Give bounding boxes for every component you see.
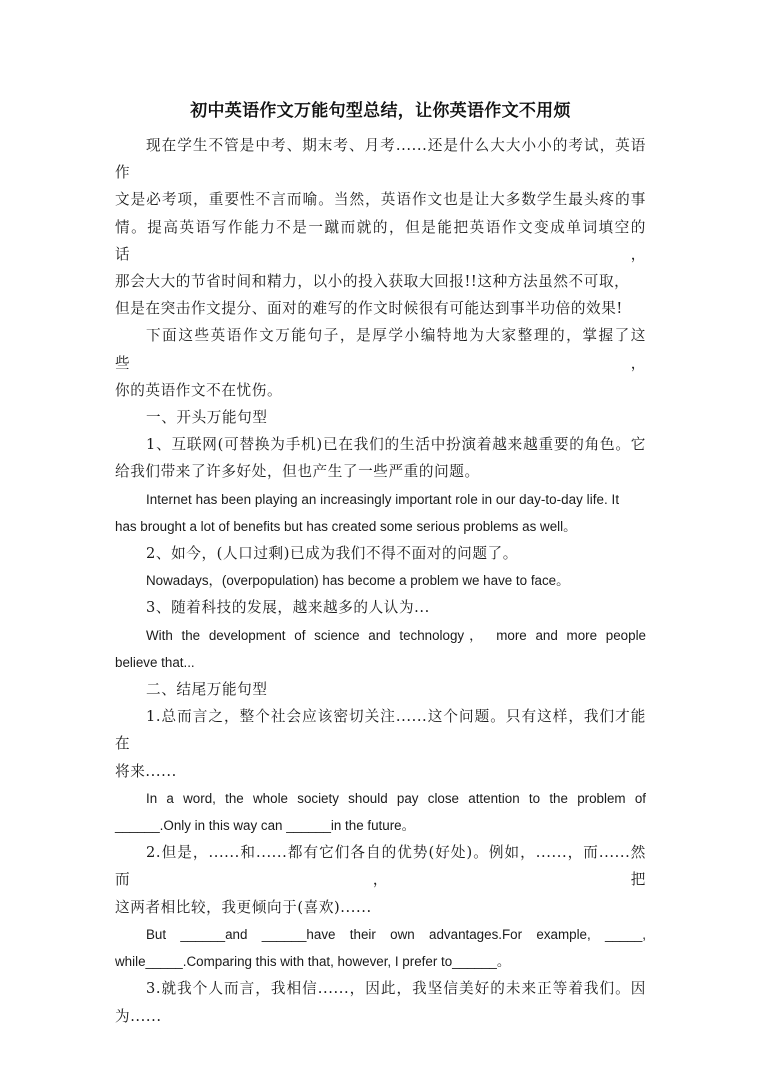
zh-line: 2.但是，......和......都有它们各自的优势(好处)。例如，.....… <box>115 839 646 893</box>
zh-line: 3.就我个人而言，我相信......，因此，我坚信美好的未来正等着我们。因 <box>115 975 646 1002</box>
intro-line: 文是必考项，重要性不言而喻。当然，英语作文也是让大多数学生最头疼的事 <box>115 186 646 213</box>
en-line: In a word, the whole society should pay … <box>115 785 646 812</box>
zh-line: 1、互联网(可替换为手机)已在我们的生活中扮演着越来越重要的角色。它 <box>115 431 646 458</box>
section-heading: 二、结尾万能句型 <box>115 676 646 703</box>
intro-paragraph-2: 下面这些英语作文万能句子，是厚学小编特地为大家整理的，掌握了这些， 你的英语作文… <box>115 322 646 404</box>
intro-line: 情。提高英语写作能力不是一蹴而就的，但是能把英语作文变成单词填空的话， <box>115 214 646 268</box>
en-line: while_____.Comparing this with that, how… <box>115 948 646 975</box>
en-line: Nowadays，(overpopulation) has become a p… <box>115 567 646 594</box>
zh-line: 为...... <box>115 1003 646 1030</box>
document-page: 初中英语作文万能句型总结，让你英语作文不用烦 现在学生不管是中考、期末考、月考.… <box>115 98 646 1030</box>
en-line: ______.Only in this way can ______in the… <box>115 812 646 839</box>
intro-line: 现在学生不管是中考、期末考、月考......还是什么大大小小的考试，英语作 <box>115 132 646 186</box>
intro-paragraph: 现在学生不管是中考、期末考、月考......还是什么大大小小的考试，英语作 文是… <box>115 132 646 322</box>
intro-line: 你的英语作文不在忧伤。 <box>115 377 646 404</box>
zh-line: 2、如今，(人口过剩)已成为我们不得不面对的问题了。 <box>115 540 646 567</box>
section-opening-sentences: 一、开头万能句型 1、互联网(可替换为手机)已在我们的生活中扮演着越来越重要的角… <box>115 404 646 676</box>
zh-line: 3、随着科技的发展，越来越多的人认为... <box>115 594 646 621</box>
document-title: 初中英语作文万能句型总结，让你英语作文不用烦 <box>115 98 646 124</box>
zh-line: 给我们带来了许多好处，但也产生了一些严重的问题。 <box>115 458 646 485</box>
zh-line: 1.总而言之，整个社会应该密切关注......这个问题。只有这样，我们才能在 <box>115 703 646 757</box>
zh-line: 将来...... <box>115 758 646 785</box>
section-closing-sentences: 二、结尾万能句型 1.总而言之，整个社会应该密切关注......这个问题。只有这… <box>115 676 646 1030</box>
section-heading: 一、开头万能句型 <box>115 404 646 431</box>
intro-line: 下面这些英语作文万能句子，是厚学小编特地为大家整理的，掌握了这些， <box>115 322 646 376</box>
zh-line: 这两者相比较，我更倾向于(喜欢)...... <box>115 894 646 921</box>
en-line: Internet has been playing an increasingl… <box>115 486 646 513</box>
intro-line: 但是在突击作文提分、面对的难写的作文时候很有可能达到事半功倍的效果! <box>115 295 646 322</box>
en-line: believe that... <box>115 649 646 676</box>
intro-line: 那会大大的节省时间和精力，以小的投入获取大回报!!这种方法虽然不可取， <box>115 268 646 295</box>
en-line: But ______and ______have their own advan… <box>115 921 646 948</box>
en-line: With the development of science and tech… <box>115 622 646 649</box>
en-line: has brought a lot of benefits but has cr… <box>115 513 646 540</box>
